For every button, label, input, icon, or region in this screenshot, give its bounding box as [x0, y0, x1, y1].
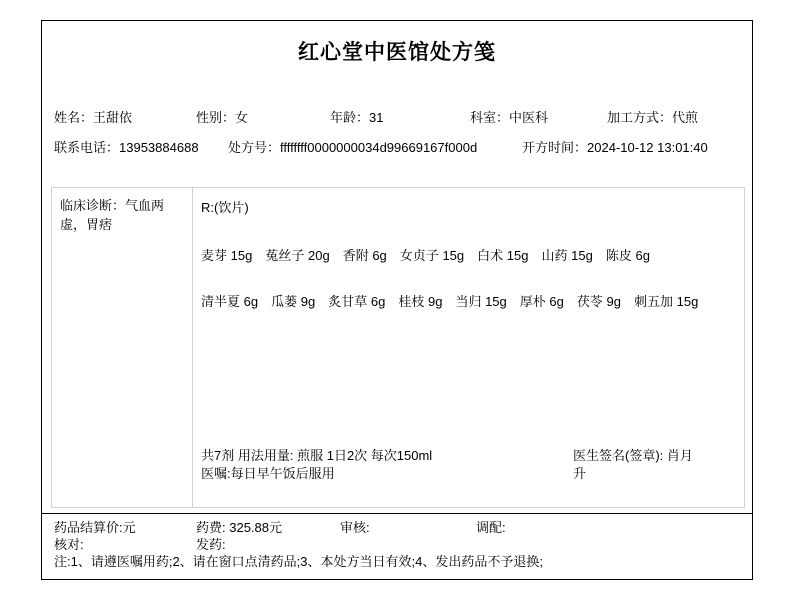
herb-dose: 9g [607, 294, 621, 309]
herb-name: 瓜蒌 [271, 294, 297, 309]
rx-header: R:(饮片) [201, 197, 249, 216]
herb-item: 陈皮 6g [606, 245, 650, 264]
field-rx-number: 处方号：ffffffff0000000034d99669167f000d [228, 137, 477, 156]
page-title: 红心堂中医馆处方笺 [42, 36, 752, 66]
field-issue-time: 开方时间：2024-10-12 13:01:40 [522, 137, 708, 156]
herb-item: 刺五加 15g [634, 291, 698, 310]
herb-name: 白术 [477, 248, 503, 263]
herb-dose: 6g [635, 248, 649, 263]
doctor-signature: 医生签名(签章): 肖月升 [573, 447, 705, 483]
age-value: 31 [369, 110, 383, 125]
field-age: 年龄：31 [330, 107, 383, 126]
field-gender: 性别：女 [196, 107, 248, 126]
herb-item: 桂枝 9g [398, 291, 442, 310]
rx-cell: R:(饮片) 麦芽 15g菟丝子 20g香附 6g女贞子 15g白术 15g山药… [193, 188, 744, 507]
herb-line-2: 清半夏 6g瓜蒌 9g炙甘草 6g桂枝 9g当归 15g厚朴 6g茯苓 9g刺五… [201, 291, 711, 310]
herb-name: 炙甘草 [328, 294, 367, 309]
herb-dose: 15g [485, 294, 507, 309]
instruction-label: 医嘱: [201, 466, 231, 481]
herb-dose: 15g [677, 294, 699, 309]
rx-number-value: ffffffff0000000034d99669167f000d [280, 140, 477, 155]
age-label: 年龄： [330, 110, 369, 125]
herb-dose: 9g [301, 294, 315, 309]
herb-dose: 6g [372, 248, 386, 263]
doctor-sign-label: 医生签名(签章): [573, 448, 667, 463]
herb-name: 当归 [455, 294, 481, 309]
rx-number-label: 处方号： [228, 140, 280, 155]
phone-label: 联系电话： [54, 140, 119, 155]
herb-item: 女贞子 15g [400, 245, 464, 264]
herb-name: 清半夏 [201, 294, 240, 309]
herb-name: 山药 [541, 248, 567, 263]
review-label: 审核: [340, 520, 370, 535]
herb-item: 香附 6g [343, 245, 387, 264]
herb-item: 厚朴 6g [520, 291, 564, 310]
processing-value: 代煎 [672, 110, 698, 125]
herb-item: 炙甘草 6g [328, 291, 385, 310]
footer-divider [42, 513, 752, 514]
footer-note: 注:1、请遵医嘱用药;2、请在窗口点清药品;3、本处方当日有效;4、发出药品不予… [54, 551, 543, 570]
field-patient-name: 姓名：王甜依 [54, 107, 132, 126]
herb-name: 刺五加 [634, 294, 673, 309]
herb-dose: 6g [371, 294, 385, 309]
department-value: 中医科 [509, 110, 548, 125]
herb-dose: 15g [231, 248, 253, 263]
field-phone: 联系电话：13953884688 [54, 137, 199, 156]
instruction-line: 医嘱:每日早午饭后服用 [201, 465, 335, 483]
herb-dose: 6g [244, 294, 258, 309]
gender-value: 女 [235, 110, 248, 125]
prescription-sheet: 红心堂中医馆处方笺 姓名：王甜依 性别：女 年龄：31 科室：中医科 加工方式：… [41, 20, 753, 580]
herb-name: 陈皮 [606, 248, 632, 263]
field-processing-method: 加工方式：代煎 [607, 107, 698, 126]
processing-label: 加工方式： [607, 110, 672, 125]
diagnosis-label: 临床诊断： [60, 198, 125, 213]
patient-name-label: 姓名： [54, 110, 93, 125]
usage-value: 煎服 1日2次 每次150ml [297, 448, 432, 463]
herb-name: 厚朴 [520, 294, 546, 309]
herb-item: 白术 15g [477, 245, 528, 264]
total-doses: 共7剂 [201, 448, 234, 463]
settle-price-label: 药品结算价: [54, 520, 123, 535]
prescription-box: 临床诊断：气血两虚，胃痞 R:(饮片) 麦芽 15g菟丝子 20g香附 6g女贞… [51, 187, 745, 508]
herb-item: 茯苓 9g [577, 291, 621, 310]
field-department: 科室：中医科 [470, 107, 548, 126]
check-label: 核对: [54, 537, 84, 552]
herb-dose: 15g [571, 248, 593, 263]
herb-dose: 9g [428, 294, 442, 309]
issue-time-value: 2024-10-12 13:01:40 [587, 140, 708, 155]
fee-value: 325.88元 [229, 520, 282, 535]
patient-name-value: 王甜依 [93, 110, 132, 125]
diagnosis-cell: 临床诊断：气血两虚，胃痞 [52, 188, 193, 507]
herb-name: 菟丝子 [265, 248, 304, 263]
department-label: 科室： [470, 110, 509, 125]
usage-label: 用法用量: [238, 448, 294, 463]
herb-name: 麦芽 [201, 248, 227, 263]
herb-name: 茯苓 [577, 294, 603, 309]
herb-line-1: 麦芽 15g菟丝子 20g香附 6g女贞子 15g白术 15g山药 15g陈皮 … [201, 245, 663, 264]
herb-item: 麦芽 15g [201, 245, 252, 264]
herb-name: 香附 [343, 248, 369, 263]
issue-time-label: 开方时间： [522, 140, 587, 155]
settle-price-value: 元 [123, 520, 136, 535]
herb-name: 桂枝 [398, 294, 424, 309]
gender-label: 性别： [196, 110, 235, 125]
issue-drug-label: 发药: [196, 537, 226, 552]
herb-item: 清半夏 6g [201, 291, 258, 310]
fee-label: 药费: [196, 520, 229, 535]
phone-value: 13953884688 [119, 140, 199, 155]
field-dispense: 调配: [476, 517, 506, 536]
herb-dose: 6g [549, 294, 563, 309]
dispense-label: 调配: [476, 520, 506, 535]
herb-name: 女贞子 [400, 248, 439, 263]
herb-item: 瓜蒌 9g [271, 291, 315, 310]
instruction-value: 每日早午饭后服用 [231, 466, 335, 481]
field-review: 审核: [340, 517, 370, 536]
herb-dose: 20g [308, 248, 330, 263]
usage-line: 共7剂 用法用量: 煎服 1日2次 每次150ml [201, 447, 432, 465]
herb-item: 菟丝子 20g [265, 245, 329, 264]
herb-dose: 15g [507, 248, 529, 263]
herb-dose: 15g [442, 248, 464, 263]
herb-item: 当归 15g [455, 291, 506, 310]
herb-item: 山药 15g [541, 245, 592, 264]
